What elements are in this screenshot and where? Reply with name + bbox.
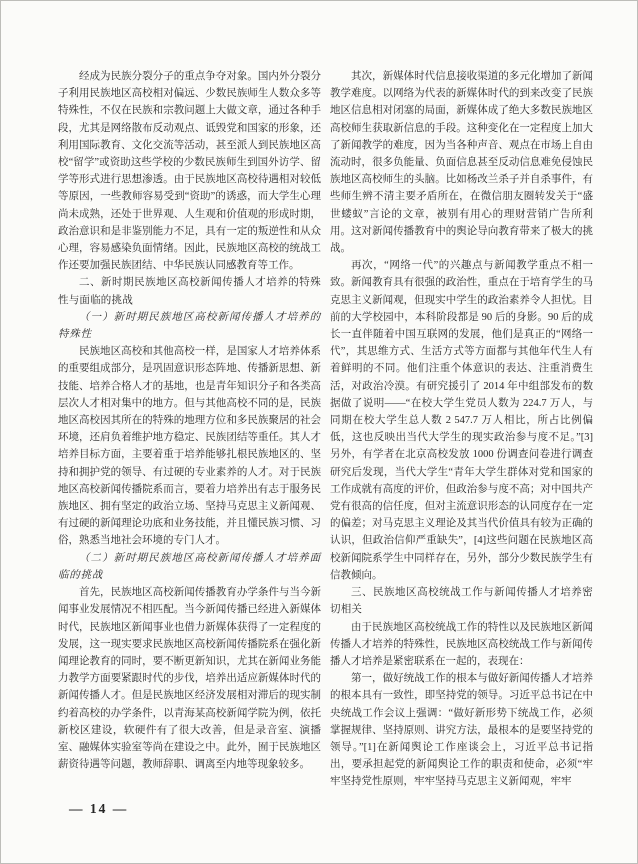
- left-column: 经成为民族分裂分子的重点争夺对象。国内外分裂分子利用民族地区高校相对偏远、少数民…: [58, 68, 321, 791]
- subsection-2-1-paragraph: 民族地区高校和其他高校一样，是国家人才培养体系的重要组成部分，是巩固意识形态阵地…: [58, 343, 321, 549]
- journal-scan-page: 经成为民族分裂分子的重点争夺对象。国内外分裂分子利用民族地区高校相对偏远、少数民…: [0, 0, 638, 864]
- section-heading-3: 三、民族地区高校统战工作与新闻传播人才培养密切相关: [330, 584, 593, 618]
- subsection-heading-2-1: （一）新时期民族地区高校新闻传播人才培养的特殊性: [58, 309, 321, 343]
- right-column: 其次，新媒体时代信息接收渠道的多元化增加了新闻教学难度。以网络为代表的新媒体时代…: [330, 68, 593, 791]
- section-heading-2: 二、新时期民族地区高校新闻传播人才培养的特殊性与面临的挑战: [58, 274, 321, 308]
- section-3-first-point-paragraph: 第一，做好统战工作的根本与做好新闻传播人才培养的根本具有一致性，即坚持党的领导。…: [330, 670, 593, 790]
- subsection-heading-2-2: （二）新时期民族地区高校新闻传播人才培养面临的挑战: [58, 550, 321, 584]
- paragraph-thirdly: 再次，“网络一代”的兴趣点与新闻教学重点不相一致。新闻教育具有很强的政治性，重点…: [330, 257, 593, 584]
- subsection-2-2-paragraph: 首先，民族地区高校新闻传播教育办学条件与当今新闻事业发展情况不相匹配。当今新闻传…: [58, 584, 321, 773]
- two-column-text-area: 经成为民族分裂分子的重点争夺对象。国内外分裂分子利用民族地区高校相对偏远、少数民…: [58, 68, 592, 791]
- paragraph-secondly: 其次，新媒体时代信息接收渠道的多元化增加了新闻教学难度。以网络为代表的新媒体时代…: [330, 68, 593, 257]
- section-3-intro-paragraph: 由于民族地区高校统战工作的特性以及民族地区新闻传播人才培养的特殊性，民族地区高校…: [330, 619, 593, 671]
- page-number: — 14 —: [69, 801, 128, 817]
- paragraph-continued-from-previous-page: 经成为民族分裂分子的重点争夺对象。国内外分裂分子利用民族地区高校相对偏远、少数民…: [58, 68, 321, 274]
